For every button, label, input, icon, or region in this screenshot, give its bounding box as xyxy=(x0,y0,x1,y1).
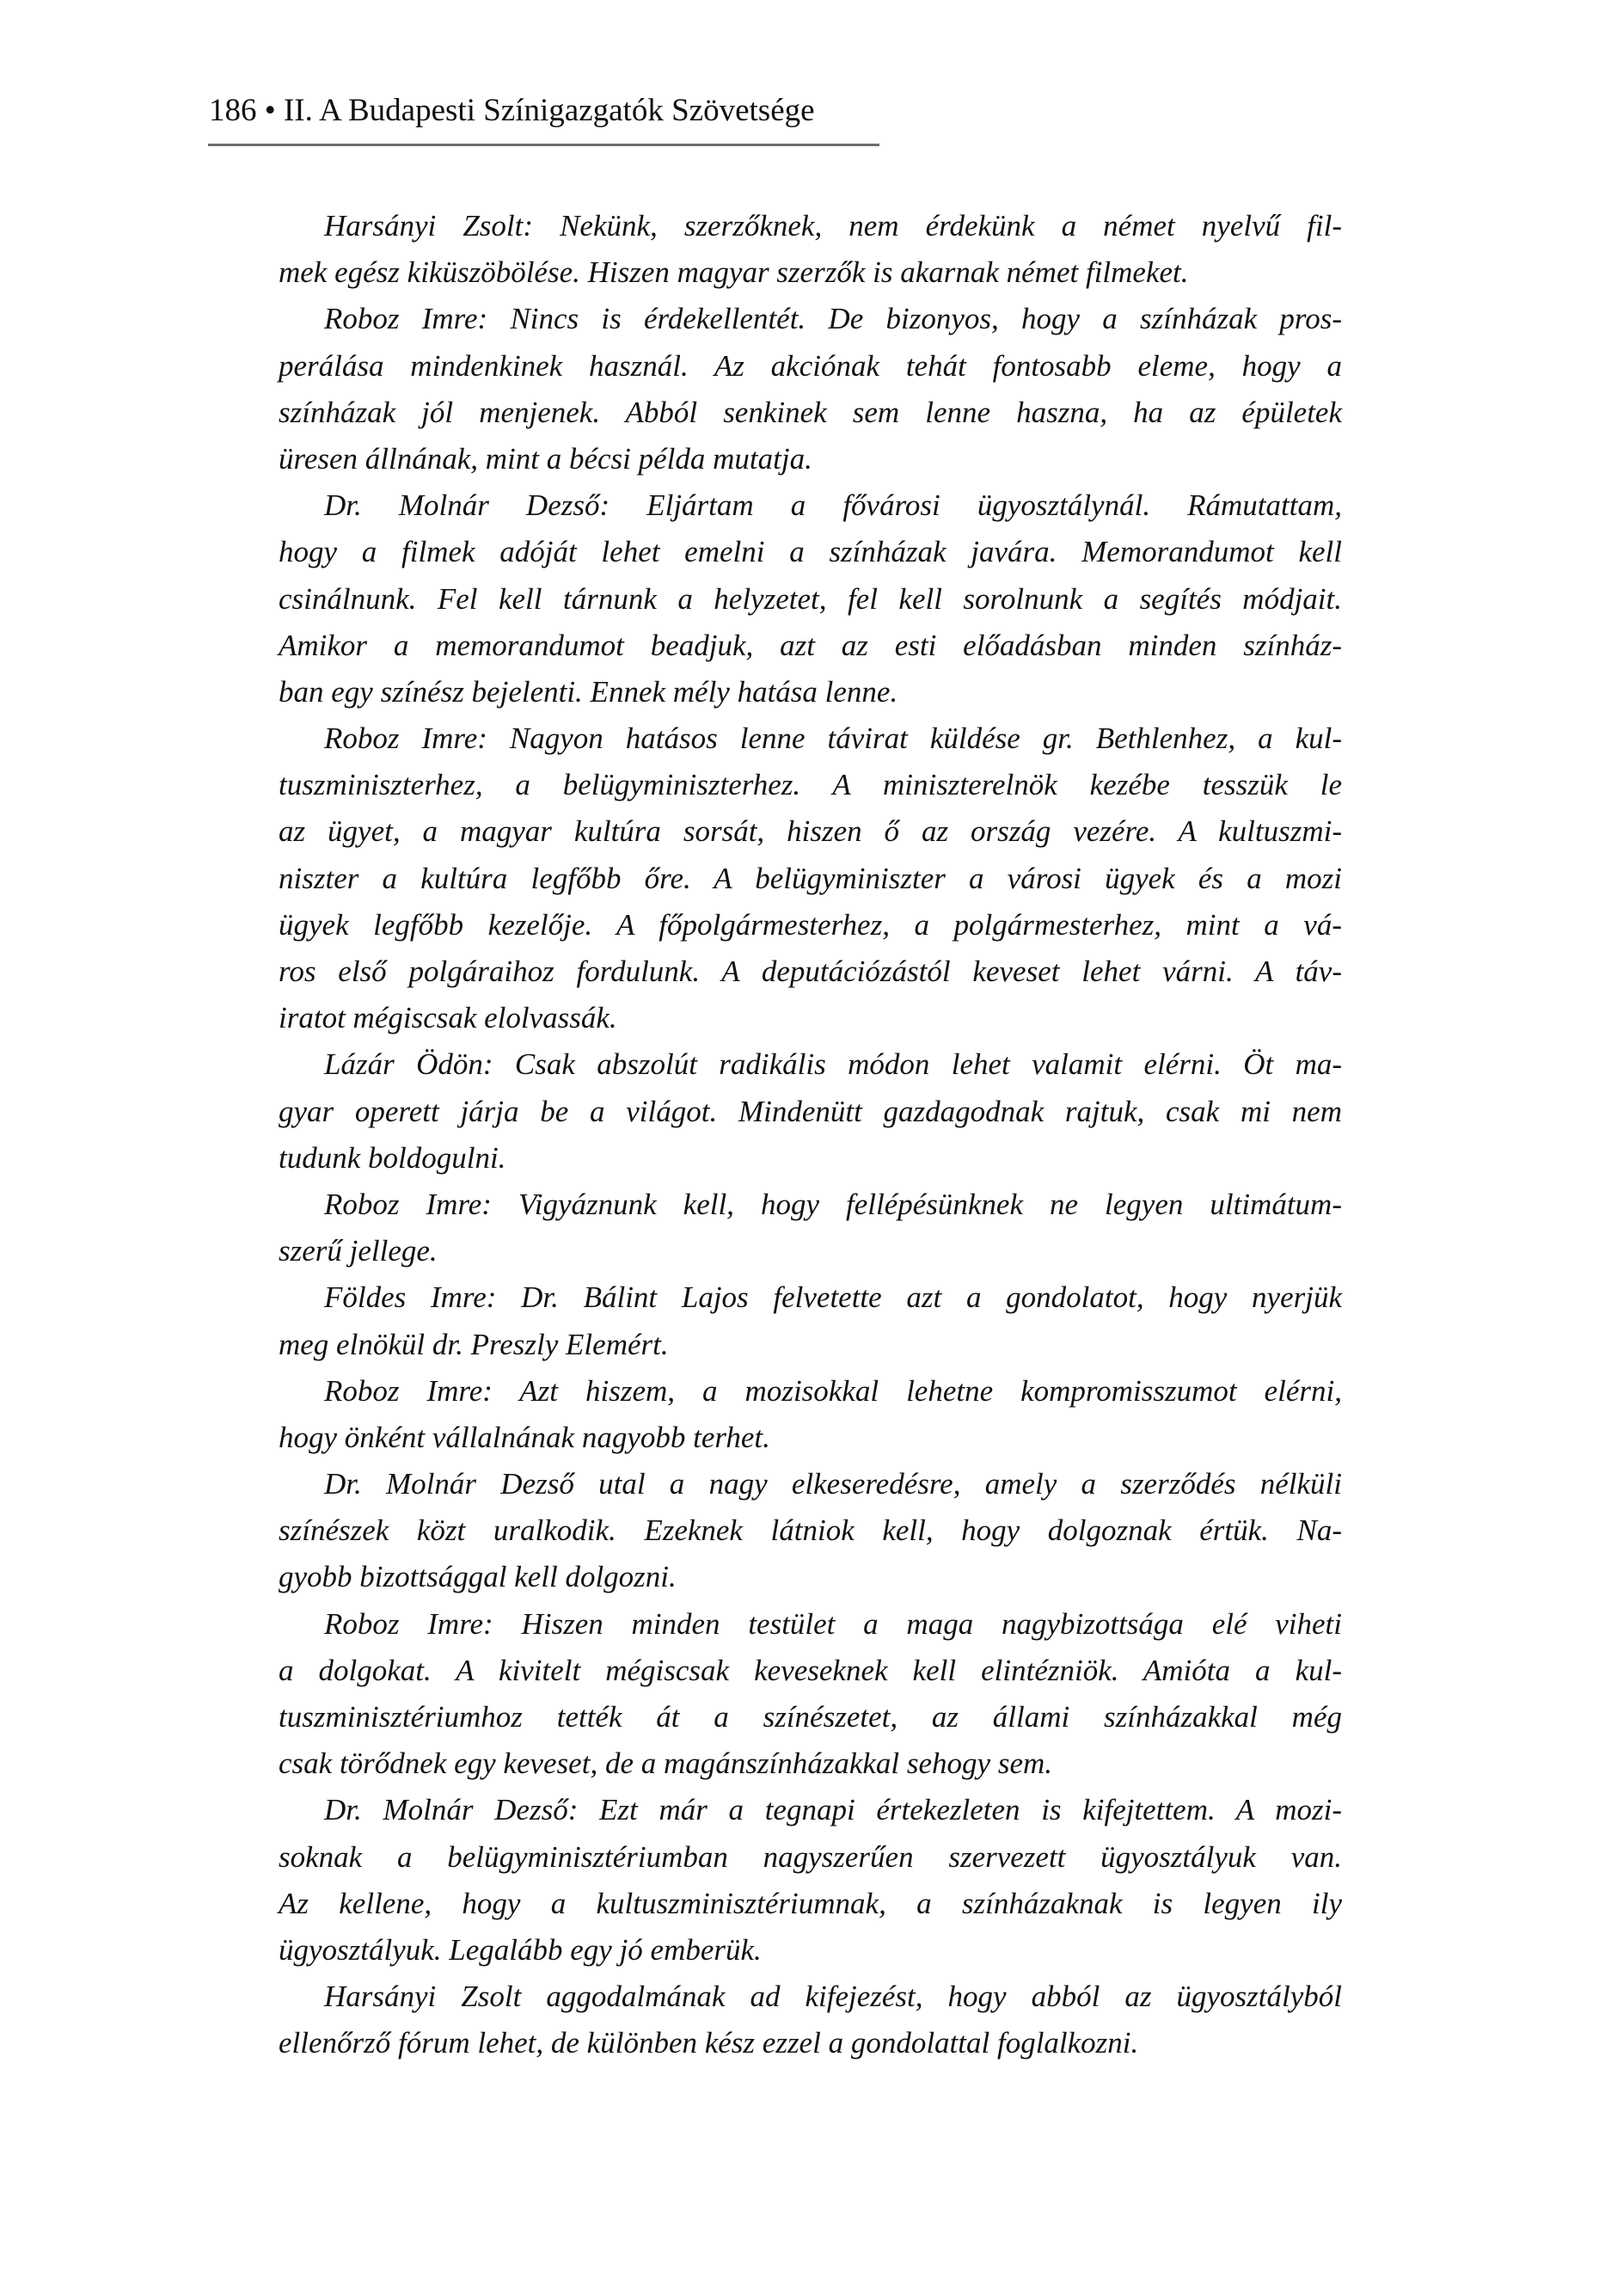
text-line: gyobb bizottsággal kell dolgozni. xyxy=(279,1554,1342,1600)
text-line: csak törődnek egy keveset, de a magánszí… xyxy=(279,1740,1342,1787)
paragraph: Harsányi Zsolt: Nekünk, szerzőknek, nem … xyxy=(279,203,1342,296)
text-line: tuszminiszterhez, a belügyminiszterhez. … xyxy=(279,762,1342,808)
running-header: 186 • II. A Budapesti Színigazgatók Szöv… xyxy=(209,89,879,132)
text-line: ros első polgáraihoz fordulunk. A deputá… xyxy=(279,948,1342,995)
text-line: színházak jól menjenek. Abból senkinek s… xyxy=(279,390,1342,436)
text-line: Dr. Molnár Dezső utal a nagy elkeseredés… xyxy=(279,1461,1342,1507)
paragraph: Roboz Imre: Nagyon hatásos lenne távirat… xyxy=(279,715,1342,1041)
text-line: gyar operett járja be a világot. Mindenü… xyxy=(279,1089,1342,1135)
text-line: Roboz Imre: Nagyon hatásos lenne távirat… xyxy=(279,715,1342,762)
text-line: ügyek legfőbb kezelője. A főpolgármester… xyxy=(279,902,1342,948)
text-line: Lázár Ödön: Csak abszolút radikális módo… xyxy=(279,1041,1342,1088)
text-line: tudunk boldogulni. xyxy=(279,1135,1342,1182)
bullet-separator: • xyxy=(265,93,276,128)
text-line: ügyosztályuk. Legalább egy jó emberük. xyxy=(279,1927,1342,1974)
text-line: meg elnökül dr. Preszly Elemért. xyxy=(279,1322,1342,1368)
paragraph: Harsányi Zsolt aggodalmának ad kifejezés… xyxy=(279,1974,1342,2066)
text-line: iratot mégiscsak elolvassák. xyxy=(279,995,1342,1041)
text-line: színészek közt uralkodik. Ezeknek látnio… xyxy=(279,1507,1342,1554)
paragraph: Roboz Imre: Nincs is érdekellentét. De b… xyxy=(279,296,1342,482)
text-line: Harsányi Zsolt aggodalmának ad kifejezés… xyxy=(279,1974,1342,2020)
paragraph: Lázár Ödön: Csak abszolút radikális módo… xyxy=(279,1041,1342,1182)
text-line: a dolgokat. A kivitelt mégiscsak kevesek… xyxy=(279,1648,1342,1694)
text-line: mek egész kiküszöbölése. Hiszen magyar s… xyxy=(279,249,1342,296)
header-rule xyxy=(208,144,879,146)
paragraph: Roboz Imre: Azt hiszem, a mozisokkal leh… xyxy=(279,1368,1342,1461)
text-line: Harsányi Zsolt: Nekünk, szerzőknek, nem … xyxy=(279,203,1342,249)
text-line: Roboz Imre: Hiszen minden testület a mag… xyxy=(279,1601,1342,1648)
text-line: Az kellene, hogy a kultuszminisztériumna… xyxy=(279,1881,1342,1927)
page-number: 186 xyxy=(209,93,257,128)
running-title: II. A Budapesti Színigazgatók Szövetsége xyxy=(284,93,815,128)
text-line: üresen állnának, mint a bécsi példa muta… xyxy=(279,436,1342,482)
text-line: Amikor a memorandumot beadjuk, azt az es… xyxy=(279,623,1342,669)
paragraph: Dr. Molnár Dezső: Eljártam a fővárosi üg… xyxy=(279,482,1342,715)
text-line: Földes Imre: Dr. Bálint Lajos felvetette… xyxy=(279,1274,1342,1321)
text-line: Roboz Imre: Nincs is érdekellentét. De b… xyxy=(279,296,1342,342)
paragraph: Dr. Molnár Dezső: Ezt már a tegnapi érte… xyxy=(279,1787,1342,1974)
text-line: szerű jellege. xyxy=(279,1228,1342,1274)
paragraph: Földes Imre: Dr. Bálint Lajos felvetette… xyxy=(279,1274,1342,1367)
text-line: niszter a kultúra legfőbb őre. A belügym… xyxy=(279,856,1342,902)
paragraph: Roboz Imre: Hiszen minden testület a mag… xyxy=(279,1601,1342,1788)
text-line: soknak a belügyminisztériumban nagyszerű… xyxy=(279,1834,1342,1881)
text-line: hogy a filmek adóját lehet emelni a szín… xyxy=(279,529,1342,575)
text-line: Dr. Molnár Dezső: Eljártam a fővárosi üg… xyxy=(279,482,1342,529)
text-line: tuszminisztériumhoz tették át a színésze… xyxy=(279,1694,1342,1740)
paragraph: Roboz Imre: Vigyáznunk kell, hogy fellép… xyxy=(279,1182,1342,1274)
paragraph: Dr. Molnár Dezső utal a nagy elkeseredés… xyxy=(279,1461,1342,1601)
text-line: Dr. Molnár Dezső: Ezt már a tegnapi érte… xyxy=(279,1787,1342,1833)
text-line: Roboz Imre: Vigyáznunk kell, hogy fellép… xyxy=(279,1182,1342,1228)
text-line: Roboz Imre: Azt hiszem, a mozisokkal leh… xyxy=(279,1368,1342,1415)
text-line: perálása mindenkinek használ. Az akcióna… xyxy=(279,343,1342,390)
text-line: az ügyet, a magyar kultúra sorsát, hisze… xyxy=(279,808,1342,855)
text-line: ellenőrző fórum lehet, de különben kész … xyxy=(279,2020,1342,2066)
text-line: csinálnunk. Fel kell tárnunk a helyzetet… xyxy=(279,576,1342,623)
text-line: ban egy színész bejelenti. Ennek mély ha… xyxy=(279,669,1342,715)
text-line: hogy önként vállalnának nagyobb terhet. xyxy=(279,1415,1342,1461)
body-text: Harsányi Zsolt: Nekünk, szerzőknek, nem … xyxy=(279,203,1342,2067)
